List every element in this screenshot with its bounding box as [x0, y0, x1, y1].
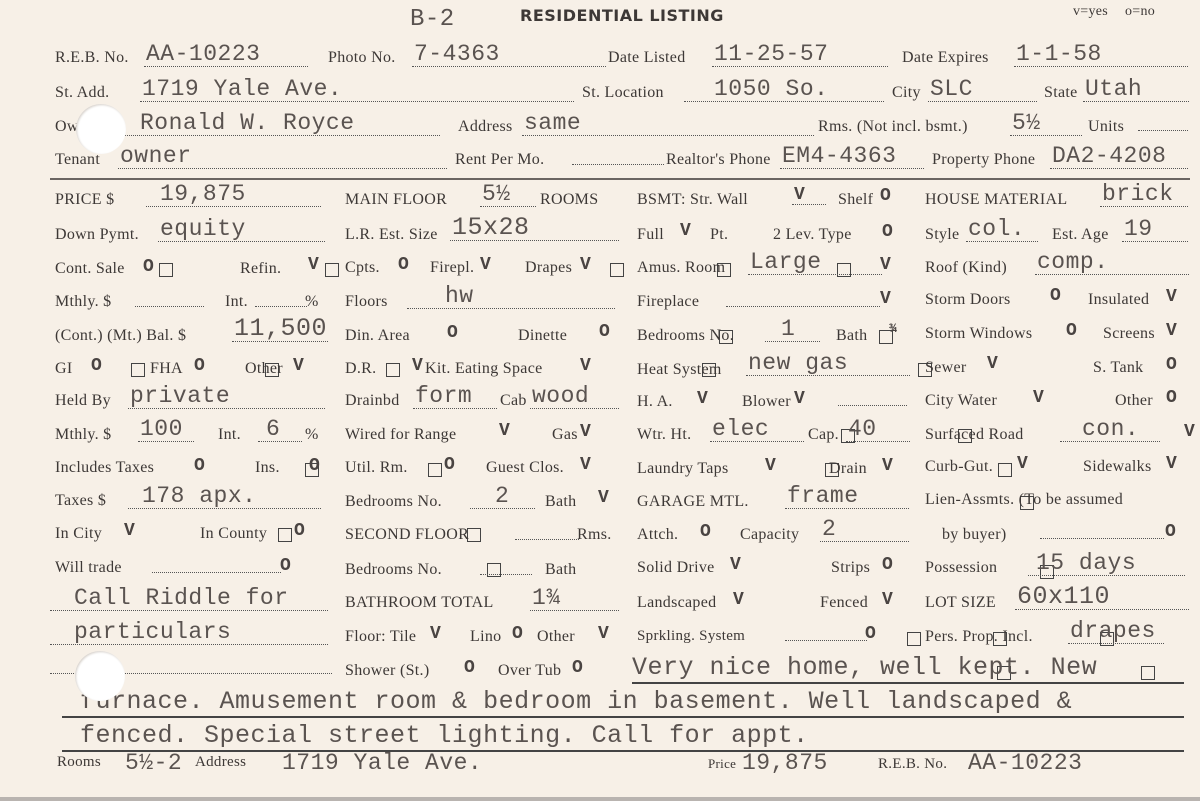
refin-mark: V — [308, 255, 319, 275]
bsmt-fireplace-field[interactable] — [726, 306, 880, 307]
bathroom-total-field[interactable]: 1¾ — [530, 587, 619, 611]
date-expires-field[interactable]: 1-1-58 — [1014, 43, 1188, 67]
second-bedrooms-field[interactable] — [480, 574, 532, 575]
bsmt-fireplace-label: Fireplace — [637, 293, 699, 311]
over-tub-label: Over Tub — [498, 662, 561, 680]
footer-reb-label: R.E.B. No. — [878, 756, 947, 773]
heat-system-label: Heat System — [637, 361, 722, 379]
interest-label: Int. — [225, 293, 248, 311]
sprinkling-mark: O — [865, 624, 876, 644]
second-floor-rooms-field[interactable] — [515, 539, 579, 540]
storm-windows-mark: O — [1066, 321, 1077, 341]
in-city-mark: V — [124, 521, 135, 541]
carpets-checkbox[interactable] — [610, 263, 624, 277]
sidewalks-mark: V — [1166, 454, 1177, 474]
drain-label: Drain — [829, 460, 867, 478]
taxes-field[interactable]: 178 apx. — [128, 485, 321, 509]
fireplace-label: Firepl. — [430, 259, 474, 277]
remarks-line-3: fenced. Special street lighting. Call fo… — [80, 721, 809, 750]
blower-mark: V — [794, 389, 805, 409]
in-county-label: In County — [200, 525, 267, 543]
main-bath-label: Bath — [545, 493, 576, 511]
amusement-room-mark: V — [880, 255, 891, 275]
state-label: State — [1044, 84, 1078, 102]
garage-material-field[interactable]: frame — [785, 485, 909, 509]
remark-line-2[interactable]: particulars — [50, 621, 328, 645]
roof-field[interactable]: comp. — [1035, 251, 1189, 275]
roof-label: Roof (Kind) — [925, 259, 1007, 277]
sewer-mark: V — [987, 354, 998, 374]
insulated-mark: V — [1166, 287, 1177, 307]
amusement-room-label: Amus. Room — [637, 259, 725, 277]
monthly-payment-label: Mthly. $ — [55, 426, 111, 444]
bsmt-bath-label: Bath — [836, 327, 867, 345]
water-other-mark: O — [1166, 388, 1177, 408]
photo-label: Photo No. — [328, 49, 396, 67]
main-bedrooms-field[interactable]: 2 — [470, 485, 535, 509]
realtor-phone-label: Realtor's Phone — [666, 151, 771, 169]
st-location-label: St. Location — [582, 84, 664, 102]
footer-rooms-value: 5½-2 — [125, 750, 182, 776]
insurance-checkbox[interactable] — [428, 463, 442, 477]
kitchen-eating-label: Kit. Eating Space — [425, 360, 543, 378]
gi-label: GI — [55, 360, 72, 378]
solid-drive-mark: V — [730, 555, 741, 575]
realtor-phone-field[interactable]: EM4-4363 — [780, 145, 924, 169]
lino-label: Lino — [470, 628, 501, 646]
fenced-label: Fenced — [820, 594, 868, 612]
strips-mark: O — [882, 555, 893, 575]
refin-label: Refin. — [240, 260, 281, 278]
storm-windows-label: Storm Windows — [925, 325, 1032, 343]
lien-label-cont: by buyer) — [942, 526, 1006, 544]
rent-field[interactable] — [572, 164, 664, 165]
reb-number-field[interactable]: AA-10223 — [144, 43, 308, 67]
interest-field[interactable] — [255, 306, 307, 307]
shower-label: Shower (St.) — [345, 662, 429, 680]
drain-mark: V — [882, 456, 893, 476]
second-bath-label: Bath — [545, 561, 576, 579]
interest-rate-field[interactable]: 6 — [258, 418, 302, 442]
floor-tile-label: Floor: Tile — [345, 628, 416, 646]
possession-field[interactable]: 15 days — [1028, 552, 1185, 576]
attached-label: Attch. — [637, 526, 678, 544]
amusement-room-field[interactable]: Large — [748, 251, 882, 275]
solid-drive-label: Solid Drive — [637, 559, 715, 577]
landscaped-label: Landscaped — [637, 594, 716, 612]
utility-room-mark: O — [444, 455, 455, 475]
lot-size-field[interactable]: 60x110 — [1015, 584, 1189, 610]
footer-reb-value: AA-10223 — [968, 750, 1082, 776]
house-material-label: HOUSE MATERIAL — [925, 191, 1067, 209]
units-label: Units — [1088, 118, 1124, 136]
owner-field[interactable]: Ronald W. Royce — [110, 112, 440, 136]
held-by-label: Held By — [55, 392, 111, 410]
in-county-mark: O — [294, 521, 305, 541]
gas-mark: V — [580, 422, 591, 442]
cont-sale-checkbox[interactable] — [159, 263, 173, 277]
over-tub-checkbox[interactable] — [1141, 666, 1155, 680]
laundry-taps-mark: V — [765, 456, 776, 476]
fha-mark: O — [194, 356, 205, 376]
units-field[interactable] — [1138, 130, 1188, 131]
carpets-mark: O — [398, 255, 409, 275]
monthly-field[interactable] — [135, 306, 204, 307]
floor-other-mark: V — [598, 624, 609, 644]
lien-mark: O — [1165, 522, 1176, 542]
footer-address-label: Address — [195, 754, 246, 771]
will-trade-mark: O — [280, 556, 291, 576]
second-floor-label: SECOND FLOOR — [345, 526, 469, 544]
style-field[interactable]: col. — [966, 218, 1038, 242]
rooms-unit-label: ROOMS — [540, 191, 598, 209]
other-financing-mark: V — [293, 356, 304, 376]
footer-address-value: 1719 Yale Ave. — [282, 750, 482, 776]
other-financing-checkbox[interactable] — [386, 363, 400, 377]
guest-closet-label: Guest Clos. — [486, 459, 564, 477]
refin-checkbox[interactable] — [325, 263, 339, 277]
capacity-gal-field[interactable]: 40 — [846, 418, 910, 442]
rooms-label: Rms. (Not incl. bsmt.) — [818, 118, 968, 136]
insurance-mark: O — [309, 456, 320, 476]
basement-wall-label: BSMT: Str. Wall — [637, 191, 748, 209]
punch-hole-bottom — [75, 651, 125, 701]
surfaced-road-field[interactable]: con. — [1060, 418, 1160, 442]
hot-air-mark: V — [697, 389, 708, 409]
cont-sale-mark: O — [143, 257, 154, 277]
date-listed-field[interactable]: 11-25-57 — [712, 43, 888, 67]
city-water-label: City Water — [925, 392, 997, 410]
will-trade-label: Will trade — [55, 559, 122, 577]
drapes-label: Drapes — [525, 259, 572, 277]
garage-capacity-label: Capacity — [740, 526, 799, 544]
wired-range-mark: V — [499, 421, 510, 441]
guest-closet-checkbox[interactable] — [998, 463, 1012, 477]
strips-label: Strips — [831, 559, 870, 577]
street-address-field[interactable]: 1719 Yale Ave. — [140, 78, 574, 102]
percent-sign-2: % — [305, 426, 319, 444]
drapes-mark: V — [580, 255, 591, 275]
storm-doors-mark: O — [1050, 286, 1061, 306]
legend-no: o=no — [1125, 4, 1155, 20]
insurance-label: Ins. — [255, 459, 280, 477]
capacity-gal-label: Cap. — [808, 426, 839, 444]
cabinets-field[interactable]: wood — [530, 385, 619, 409]
legend-yes: v=yes — [1073, 4, 1108, 20]
city-label: City — [892, 84, 921, 102]
laundry-taps-label: Laundry Taps — [637, 460, 729, 478]
photo-number-field[interactable]: 7-4363 — [412, 43, 606, 67]
city-water-mark: V — [1033, 388, 1044, 408]
water-other-label: Other — [1115, 392, 1153, 410]
landscaped-mark: V — [733, 590, 744, 610]
septic-tank-label: S. Tank — [1093, 359, 1143, 377]
curb-gutter-label: Curb-Gut. — [925, 458, 993, 476]
balance-field[interactable]: 11,500 — [232, 316, 328, 342]
taxes-label: Taxes $ — [55, 492, 106, 510]
floor-tile-mark: V — [430, 624, 441, 644]
guest-closet-mark: V — [580, 455, 591, 475]
house-material-field[interactable]: brick — [1100, 183, 1188, 207]
full-basement-mark: V — [680, 221, 691, 241]
city-field[interactable]: SLC — [928, 78, 1037, 102]
listing-card: B-2 RESIDENTIAL LISTING v=yes o=no R.E.B… — [0, 0, 1200, 801]
card-title: RESIDENTIAL LISTING — [520, 6, 724, 25]
dining-room-mark: V — [412, 356, 423, 376]
full-basement-label: Full — [637, 226, 664, 244]
remarks-rule-2 — [62, 716, 1184, 718]
kitchen-eating-mark: V — [580, 356, 591, 376]
remarks-rule-1 — [632, 682, 1184, 684]
monthly-payment-field[interactable]: 100 — [138, 418, 194, 442]
bsmt-bedrooms-label: Bedrooms No. — [637, 327, 734, 345]
down-payment-label: Down Pymt. — [55, 226, 139, 244]
footer-price-label: Price — [708, 756, 736, 772]
utility-room-label: Util. Rm. — [345, 459, 408, 477]
st-add-label: St. Add. — [55, 84, 109, 102]
est-age-label: Est. Age — [1052, 226, 1109, 244]
card-edge — [0, 797, 1200, 801]
dinette-mark: O — [599, 322, 610, 342]
in-city-label: In City — [55, 525, 102, 543]
floors-field[interactable]: hw — [407, 285, 615, 309]
bsmt-bedrooms-field[interactable]: 1 — [765, 318, 820, 342]
storm-doors-label: Storm Doors — [925, 291, 1011, 309]
dining-area-label: Din. Area — [345, 327, 410, 345]
curb-gutter-mark: V — [1017, 454, 1028, 474]
personal-property-field[interactable]: drapes — [1068, 620, 1164, 644]
over-tub-mark: O — [572, 658, 583, 678]
section-divider — [50, 178, 1190, 180]
dining-area-mark: O — [447, 323, 458, 343]
sprinkling-field[interactable] — [785, 640, 867, 641]
main-floor-rooms-field[interactable]: 5½ — [480, 183, 536, 207]
punch-hole-top — [76, 104, 126, 154]
heat-system-field[interactable]: new gas — [746, 352, 910, 376]
reb-label: R.E.B. No. — [55, 49, 129, 67]
remarks-line-2: furnace. Amusement room & bedroom in bas… — [80, 687, 1072, 716]
includes-taxes-mark: O — [194, 456, 205, 476]
two-level-label: 2 Lev. Type — [773, 226, 852, 244]
carpets-label: Cpts. — [345, 259, 380, 277]
property-phone-label: Property Phone — [932, 151, 1035, 169]
interest-rate-label: Int. — [218, 426, 241, 444]
septic-tank-mark: O — [1166, 355, 1177, 375]
monthly-label: Mthly. $ — [55, 293, 111, 311]
basement-wall-mark[interactable]: V — [792, 186, 826, 205]
down-payment-field[interactable]: equity — [158, 218, 325, 242]
includes-taxes-label: Includes Taxes — [55, 459, 154, 477]
address-label: Address — [458, 118, 513, 136]
shelf-mark: O — [880, 186, 891, 206]
remark-line-1[interactable]: Call Riddle for — [50, 587, 328, 611]
card-code: B-2 — [410, 6, 455, 33]
fenced-mark: V — [882, 590, 893, 610]
partial-basement-label: Pt. — [710, 226, 728, 244]
screens-label: Screens — [1103, 325, 1155, 343]
remarks-line-1: Very nice home, well kept. New — [632, 653, 1097, 682]
two-level-mark: O — [882, 222, 893, 242]
style-label: Style — [925, 226, 959, 244]
bsmt-fireplace-mark: V — [880, 289, 891, 309]
est-age-field[interactable]: 19 — [1122, 218, 1188, 242]
rooms-field[interactable]: 5½ — [1010, 112, 1082, 136]
percent-sign: % — [305, 293, 319, 311]
garage-capacity-field[interactable]: 2 — [820, 518, 909, 542]
dinette-label: Dinette — [518, 327, 567, 345]
street-location-field[interactable]: 1050 So. — [684, 78, 884, 102]
other-financing-label: Other — [245, 360, 283, 378]
attached-mark: O — [700, 522, 711, 542]
fireplace-mark: V — [480, 255, 491, 275]
date-listed-label: Date Listed — [608, 49, 686, 67]
lr-size-field[interactable]: 15x28 — [450, 215, 619, 241]
gi-mark: O — [91, 356, 102, 376]
footer-price-value: 19,875 — [742, 750, 828, 776]
possession-label: Possession — [925, 559, 997, 577]
bsmt-bath-mark: ¾ — [889, 321, 897, 336]
surfaced-road-label: Surfaced Road — [925, 426, 1024, 444]
main-floor-label: MAIN FLOOR — [345, 191, 447, 209]
water-heater-field[interactable]: elec — [710, 418, 804, 442]
will-trade-field[interactable] — [152, 572, 281, 573]
dining-room-label: D.R. — [345, 360, 376, 378]
bathroom-total-label: BATHROOM TOTAL — [345, 594, 494, 612]
state-field[interactable]: Utah — [1083, 78, 1189, 102]
balance-label: (Cont.) (Mt.) Bal. $ — [55, 327, 186, 345]
main-bath-mark: V — [598, 488, 609, 508]
drainboard-label: Drainbd — [345, 392, 400, 410]
gas-label: Gas — [552, 426, 578, 444]
lot-size-label: LOT SIZE — [925, 594, 996, 612]
personal-property-label: Pers. Prop. Incl. — [925, 628, 1033, 646]
cont-sale-label: Cont. Sale — [55, 260, 125, 278]
tenant-field[interactable]: owner — [118, 145, 447, 169]
lino-mark: O — [512, 624, 523, 644]
rent-label: Rent Per Mo. — [455, 151, 544, 169]
footer-rooms-label: Rooms — [57, 754, 101, 771]
shelf-label: Shelf — [838, 191, 873, 209]
tenant-label: Tenant — [55, 151, 100, 169]
screens-mark: V — [1166, 321, 1177, 341]
surfaced-road-mark: V — [1184, 422, 1195, 442]
floors-label: Floors — [345, 293, 388, 311]
price-field[interactable]: 19,875 — [146, 183, 321, 207]
sidewalks-label: Sidewalks — [1083, 458, 1151, 476]
lr-size-label: L.R. Est. Size — [345, 226, 438, 244]
lien-field[interactable] — [1040, 538, 1164, 539]
second-bedrooms-label: Bedrooms No. — [345, 561, 442, 579]
owner-address-field[interactable]: same — [522, 112, 814, 136]
sewer-label: Sewer — [925, 359, 966, 377]
blower-label: Blower — [742, 393, 791, 411]
garage-material-label: GARAGE MTL. — [637, 493, 749, 511]
lien-label: Lien-Assmts. (To be assumed — [925, 491, 1123, 509]
cabinets-label: Cab — [500, 392, 527, 410]
price-label: PRICE $ — [55, 191, 114, 209]
second-floor-rms-label: Rms. — [577, 526, 612, 544]
in-city-checkbox[interactable] — [278, 528, 292, 542]
gi-checkbox[interactable] — [131, 363, 145, 377]
held-by-field[interactable]: private — [128, 385, 325, 409]
hot-air-label: H. A. — [637, 393, 673, 411]
insulated-label: Insulated — [1088, 291, 1149, 309]
sprinkling-label: Sprkling. System — [637, 628, 745, 645]
floor-other-label: Other — [537, 628, 575, 646]
heat-extra-field[interactable] — [838, 405, 907, 406]
fha-label: FHA — [150, 360, 183, 378]
drainboard-field[interactable]: form — [413, 385, 497, 409]
main-bedrooms-label: Bedrooms No. — [345, 493, 442, 511]
date-expires-label: Date Expires — [902, 49, 989, 67]
wired-range-label: Wired for Range — [345, 426, 456, 444]
shower-mark: O — [464, 658, 475, 678]
floor-tile-checkbox[interactable] — [907, 632, 921, 646]
property-phone-field[interactable]: DA2-4208 — [1050, 145, 1188, 169]
water-heater-label: Wtr. Ht. — [637, 426, 691, 444]
